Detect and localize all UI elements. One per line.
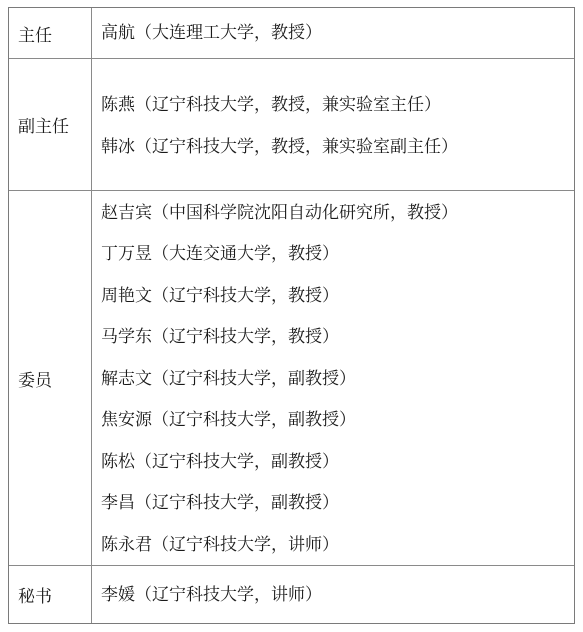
member-entry: 陈永君（辽宁科技大学，讲师） [101, 535, 339, 555]
member-entry: 解志文（辽宁科技大学，副教授） [101, 369, 356, 389]
members-cell: 赵吉宾（中国科学院沈阳自动化研究所，教授） 丁万昱（大连交通大学，教授） 周艳文… [92, 191, 574, 565]
table-row-secretary: 秘书 李媛（辽宁科技大学，讲师） [9, 566, 574, 623]
member-entry: 高航（大连理工大学，教授） [101, 23, 322, 43]
member-entry: 赵吉宾（中国科学院沈阳自动化研究所，教授） [101, 203, 458, 223]
table-row-deputy-director: 副主任 陈燕（辽宁科技大学，教授，兼实验室主任） 韩冰（辽宁科技大学，教授，兼实… [9, 59, 574, 191]
member-entry: 焦安源（辽宁科技大学，副教授） [101, 410, 356, 430]
member-entry: 周艳文（辽宁科技大学，教授） [101, 286, 339, 306]
table-row-director: 主任 高航（大连理工大学，教授） [9, 8, 574, 59]
member-entry: 马学东（辽宁科技大学，教授） [101, 327, 339, 347]
table-row-members: 委员 赵吉宾（中国科学院沈阳自动化研究所，教授） 丁万昱（大连交通大学，教授） … [9, 191, 574, 566]
member-entry: 陈燕（辽宁科技大学，教授，兼实验室主任） [101, 95, 441, 115]
member-entry: 李媛（辽宁科技大学，讲师） [101, 585, 322, 605]
role-label: 秘书 [9, 566, 92, 623]
members-cell: 李媛（辽宁科技大学，讲师） [92, 566, 574, 623]
role-label: 委员 [9, 191, 92, 565]
member-entry: 陈松（辽宁科技大学，副教授） [101, 452, 339, 472]
member-entry: 韩冰（辽宁科技大学，教授，兼实验室副主任） [101, 137, 458, 157]
role-label: 副主任 [9, 59, 92, 190]
role-label: 主任 [9, 8, 92, 58]
members-cell: 高航（大连理工大学，教授） [92, 8, 574, 58]
members-cell: 陈燕（辽宁科技大学，教授，兼实验室主任） 韩冰（辽宁科技大学，教授，兼实验室副主… [92, 59, 574, 190]
committee-table: 主任 高航（大连理工大学，教授） 副主任 陈燕（辽宁科技大学，教授，兼实验室主任… [8, 7, 575, 624]
member-entry: 丁万昱（大连交通大学，教授） [101, 244, 339, 264]
member-entry: 李昌（辽宁科技大学，副教授） [101, 493, 339, 513]
